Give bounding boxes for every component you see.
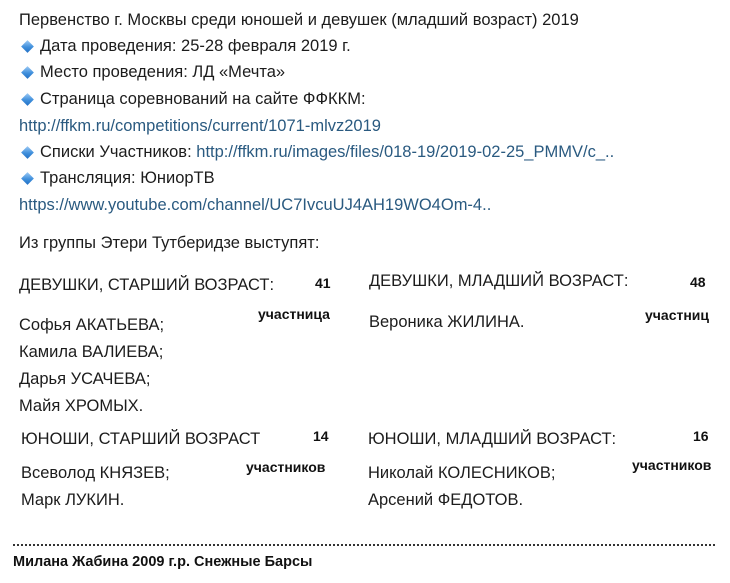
competition-page-line: Страница соревнований на сайте ФФККМ: — [19, 88, 366, 110]
athlete-list: Вероника ЖИЛИНА. — [369, 309, 525, 336]
blue-diamond-icon — [21, 40, 34, 53]
post-title: Первенство г. Москвы среди юношей и деву… — [19, 9, 579, 31]
participant-count-unit: участница — [258, 306, 330, 322]
blue-diamond-icon — [21, 66, 34, 79]
competition-page-label: Страница соревнований на сайте ФФККМ: — [40, 90, 366, 108]
date-text: Дата проведения: 25-28 февраля 2019 г. — [40, 37, 351, 55]
participant-count-unit: участников — [632, 457, 711, 473]
group-intro: Из группы Этери Тутберидзе выступят: — [19, 232, 319, 254]
participant-lists-label: Списки Участников: — [40, 143, 192, 161]
broadcast-label: Трансляция: ЮниорТВ — [40, 169, 215, 187]
athlete-list: Николай КОЛЕСНИКОВ; Арсений ФЕДОТОВ. — [368, 460, 555, 514]
category-title: ЮНОШИ, СТАРШИЙ ВОЗРАСТ — [21, 428, 260, 450]
athlete-name: Всеволод КНЯЗЕВ; — [21, 460, 170, 487]
blue-diamond-icon — [21, 93, 34, 106]
blue-diamond-icon — [21, 172, 34, 185]
broadcast-line: Трансляция: ЮниорТВ — [19, 167, 215, 189]
athlete-name: Камила ВАЛИЕВА; — [19, 339, 164, 366]
participant-count: 41 — [315, 275, 331, 291]
participant-count: 16 — [693, 428, 709, 444]
participant-lists-line: Списки Участников: http://ffkm.ru/images… — [19, 141, 614, 163]
participant-count-unit: участников — [246, 459, 325, 475]
blue-diamond-icon — [21, 146, 34, 159]
competition-page-link[interactable]: http://ffkm.ru/competitions/current/1071… — [19, 115, 381, 137]
venue-line: Место проведения: ЛД «Мечта» — [19, 61, 285, 83]
venue-text: Место проведения: ЛД «Мечта» — [40, 63, 285, 81]
broadcast-link[interactable]: https://www.youtube.com/channel/UC7IvcuU… — [19, 194, 491, 216]
category-title: ДЕВУШКИ, МЛАДШИЙ ВОЗРАСТ: — [369, 270, 628, 292]
participant-count: 48 — [690, 274, 706, 290]
athlete-list: Всеволод КНЯЗЕВ; Марк ЛУКИН. — [21, 460, 170, 514]
athlete-name: Вероника ЖИЛИНА. — [369, 309, 525, 336]
category-title: ДЕВУШКИ, СТАРШИЙ ВОЗРАСТ: — [19, 274, 274, 296]
athlete-name: Дарья УСАЧЕВА; — [19, 366, 164, 393]
participant-count: 14 — [313, 428, 329, 444]
athlete-list: Софья АКАТЬЕВА; Камила ВАЛИЕВА; Дарья УС… — [19, 312, 164, 420]
date-line: Дата проведения: 25-28 февраля 2019 г. — [19, 35, 351, 57]
photo-caption: Милана Жабина 2009 г.р. Снежные Барсы — [13, 554, 312, 570]
athlete-name: Николай КОЛЕСНИКОВ; — [368, 460, 555, 487]
participant-count-unit: участниц — [645, 307, 709, 323]
athlete-name: Майя ХРОМЫХ. — [19, 393, 164, 420]
category-title: ЮНОШИ, МЛАДШИЙ ВОЗРАСТ: — [368, 428, 616, 450]
athlete-name: Софья АКАТЬЕВА; — [19, 312, 164, 339]
athlete-name: Марк ЛУКИН. — [21, 487, 170, 514]
athlete-name: Арсений ФЕДОТОВ. — [368, 487, 555, 514]
participant-lists-link[interactable]: http://ffkm.ru/images/files/018-19/2019-… — [196, 143, 614, 161]
dotted-divider — [13, 544, 715, 546]
